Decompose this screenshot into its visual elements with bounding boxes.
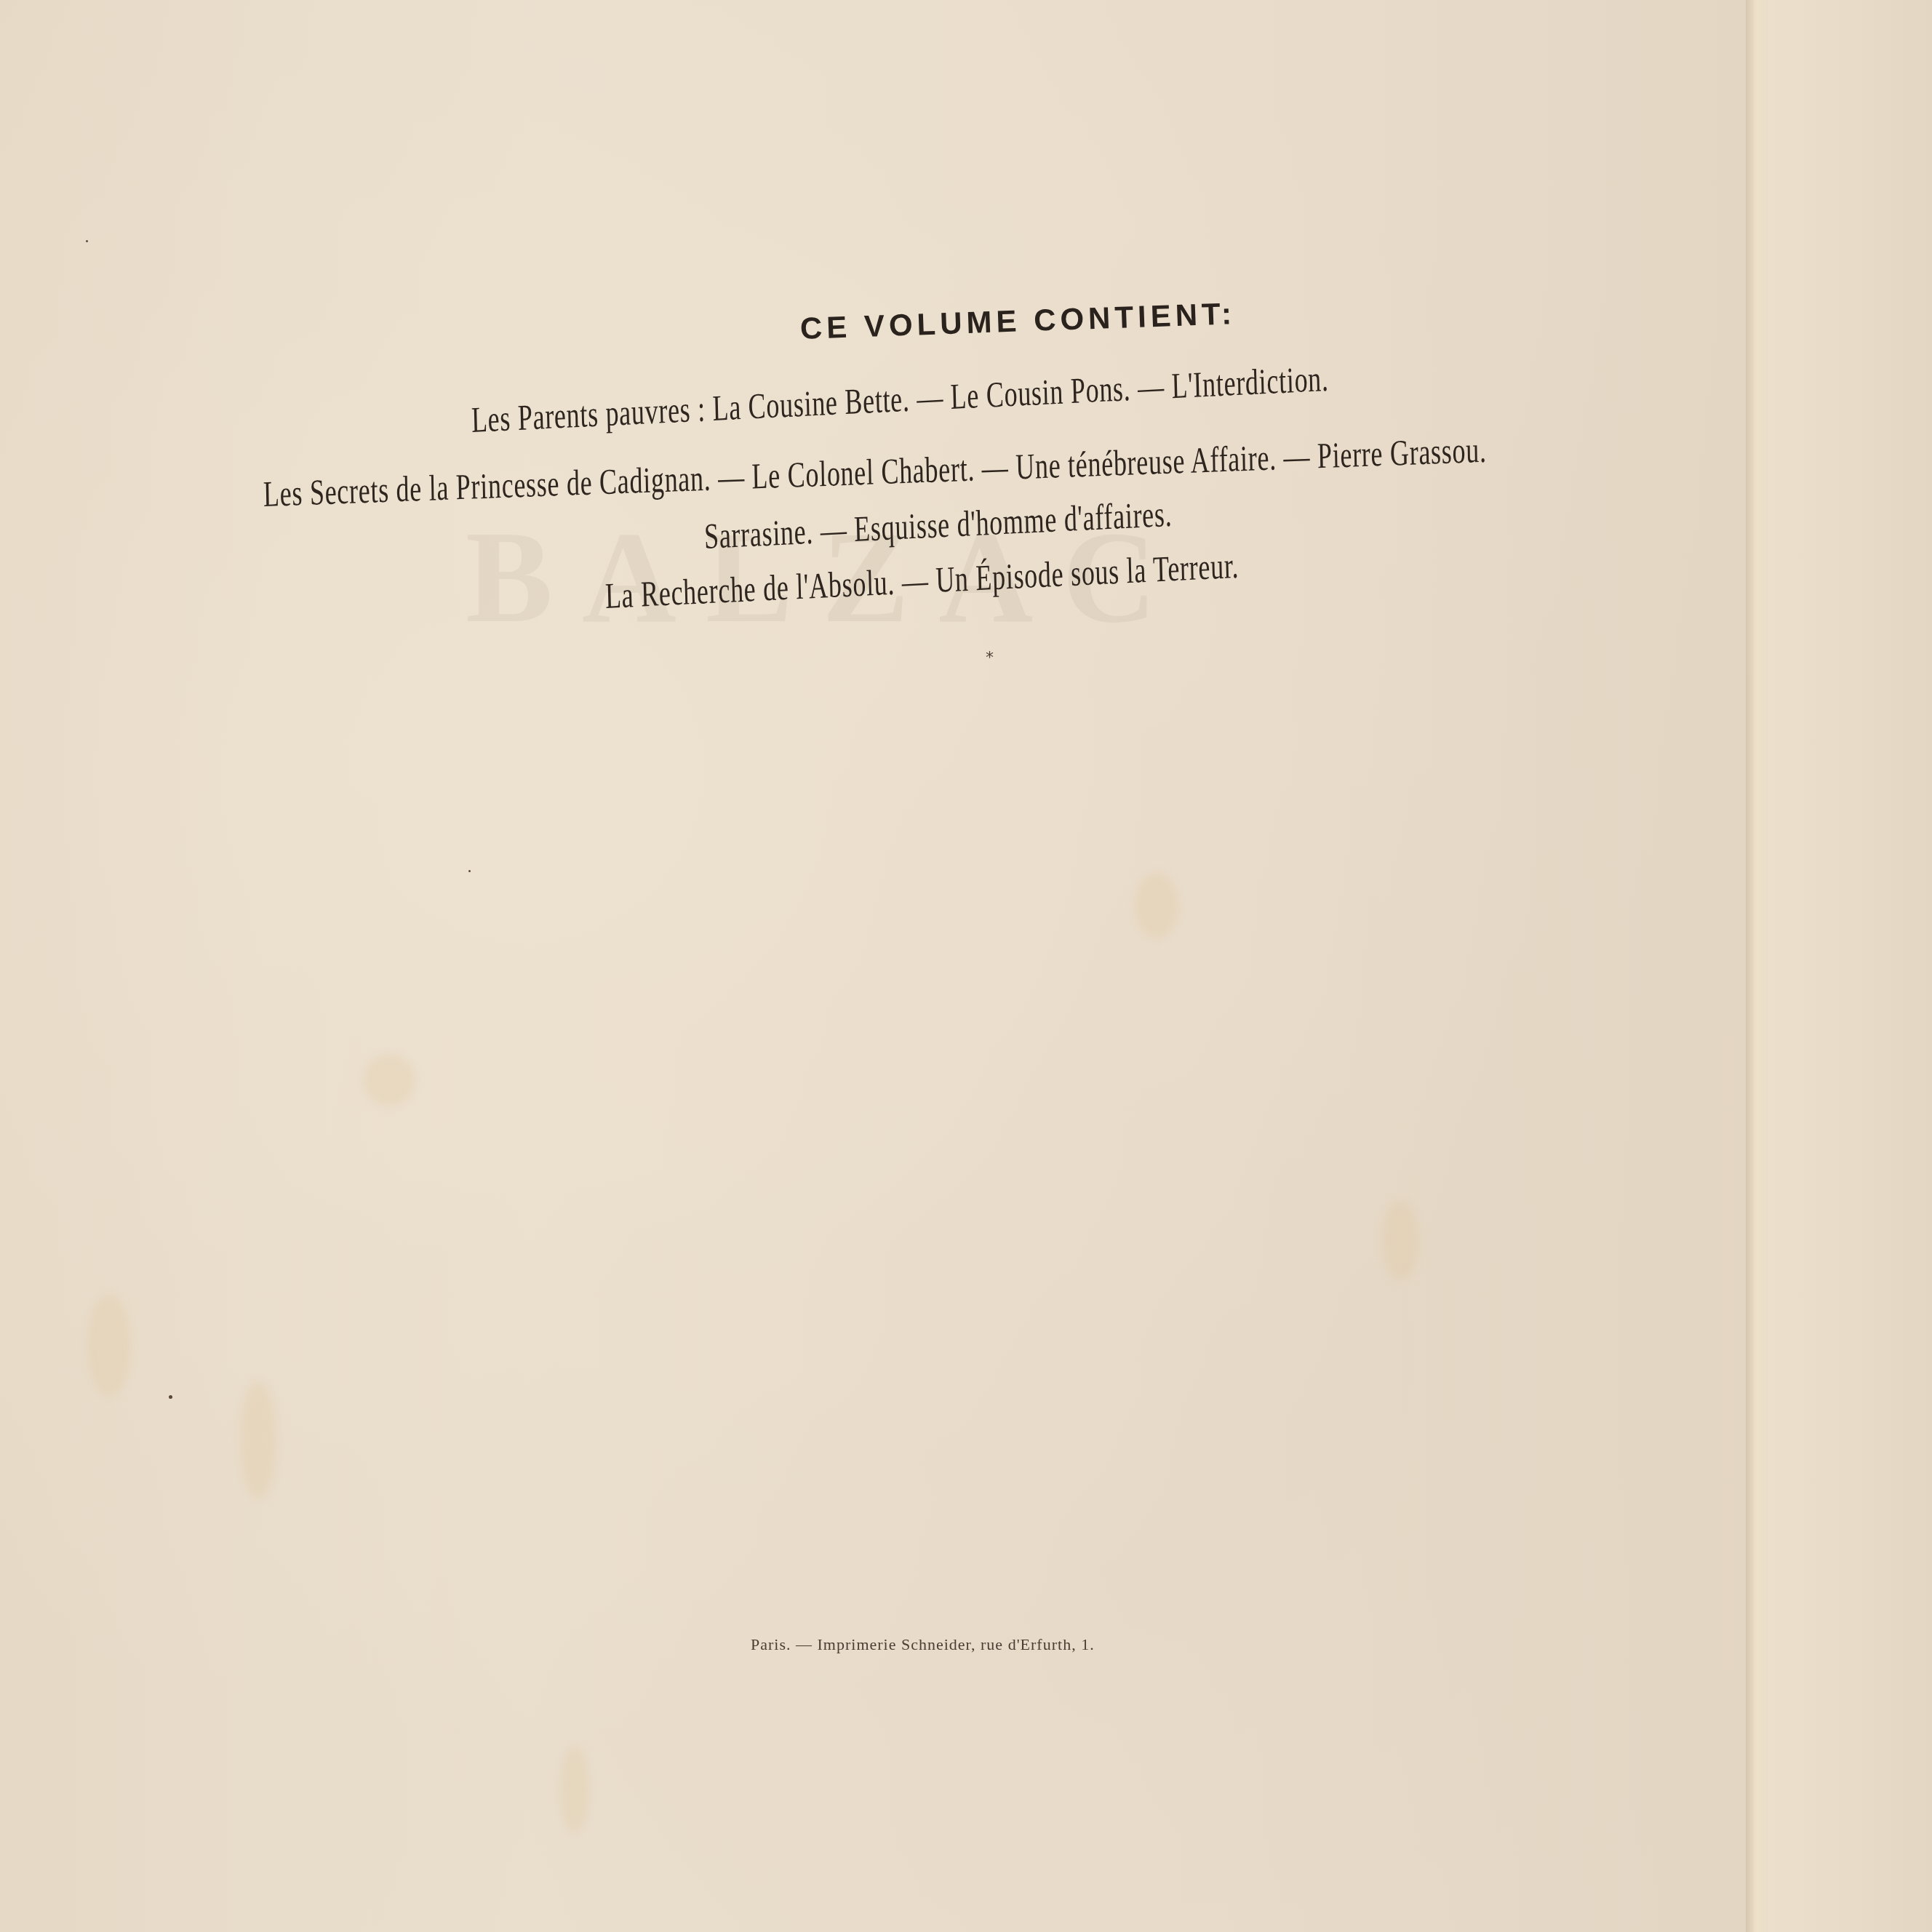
contents-line: Sarrasine. — Esquisse d'homme d'affaires… — [703, 492, 1173, 557]
contents-line: Les Parents pauvres : La Cousine Bette. … — [471, 357, 1329, 441]
contents-line: La Recherche de l'Absolu. — Un Épisode s… — [604, 544, 1240, 617]
asterisk-ornament-icon: * — [986, 649, 994, 667]
contents-heading: CE VOLUME CONTIENT: — [799, 296, 1237, 346]
contents-line: Les Secrets de la Princesse de Cadignan.… — [263, 428, 1487, 515]
speck — [86, 240, 88, 242]
page-content: CE VOLUME CONTIENT: Les Parents pauvres … — [0, 0, 1932, 1932]
speck — [468, 870, 471, 872]
printer-imprint: Paris. — Imprimerie Schneider, rue d'Erf… — [751, 1635, 1095, 1654]
speck — [169, 1395, 172, 1399]
